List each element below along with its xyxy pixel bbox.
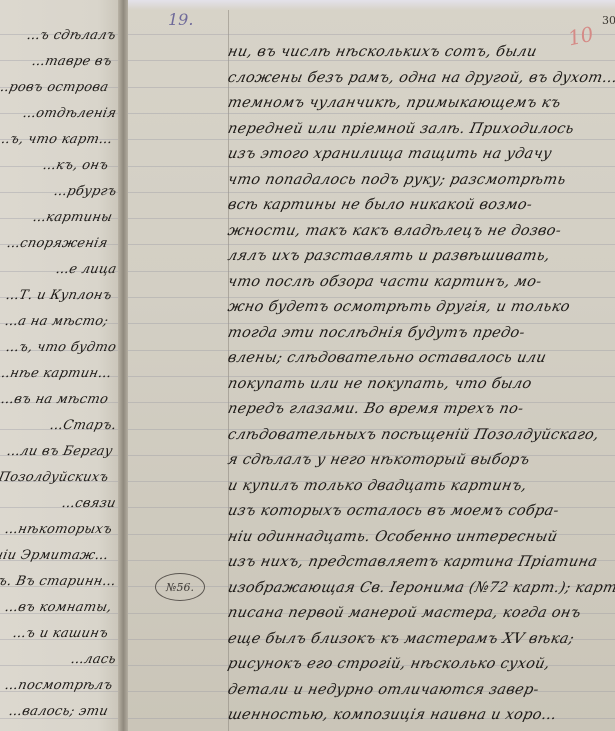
folio-number-corner: 30: [602, 14, 615, 27]
manuscript-line: покупать или не покупать, что было: [226, 376, 533, 392]
manuscript-line: всѣ картины не было никакой возмо-: [226, 197, 533, 213]
ruled-line: [128, 218, 615, 219]
right-page: 19. ни, въ числѣ нѣсколькихъ сотъ, былис…: [128, 0, 615, 731]
manuscript-line-left: …а на мѣсто;: [3, 314, 109, 329]
manuscript-line: что попадалось подъ руку; разсмотрѣть: [226, 172, 567, 188]
manuscript-line: влены; слѣдовательно оставалось или: [226, 350, 547, 366]
manuscript-line: ни, въ числѣ нѣсколькихъ сотъ, были: [226, 44, 538, 60]
manuscript-line-left: …ровъ острова: [0, 80, 110, 95]
manuscript-line-left: …ли въ Бергау: [5, 444, 114, 459]
manuscript-line: жно будетъ осмотрѣть другія, и только: [226, 299, 571, 315]
ruled-line: [128, 87, 615, 88]
manuscript-line: передъ глазами. Во время трехъ по-: [226, 401, 525, 417]
manuscript-line-left: …связи: [61, 496, 118, 511]
manuscript-line-left: …лась: [70, 652, 118, 667]
page-top-edge: [128, 0, 615, 10]
ruled-line: [128, 166, 615, 167]
manuscript-line: что послѣ обзора части картинъ, мо-: [226, 274, 543, 290]
ruled-line: [128, 271, 615, 272]
manuscript-line: темномъ чуланчикѣ, примыкающемъ къ: [226, 95, 562, 111]
ruled-line: [128, 297, 615, 298]
manuscript-line: передней или пріемной залѣ. Приходилось: [226, 121, 575, 137]
manuscript-line: я сдѣлалъ у него нѣкоторый выборъ: [226, 452, 531, 468]
manuscript-line: писана первой манерой мастера, когда онъ: [226, 605, 582, 621]
manuscript-line-left: …рбургъ: [52, 184, 118, 199]
manuscript-line: изъ которыхъ осталось въ моемъ собра-: [226, 503, 560, 519]
manuscript-line: сложены безъ рамъ, одна на другой, въ ду…: [226, 70, 615, 86]
manuscript-line-left: …въ на мѣсто: [0, 392, 110, 407]
ruled-line: [128, 113, 615, 114]
manuscript-line-left: …въ комнаты,: [4, 600, 114, 615]
ruled-line: [128, 60, 615, 61]
manuscript-line-left: …посмотрѣлъ: [3, 678, 114, 693]
manuscript-line-left: …ъ, что будто: [4, 340, 117, 355]
manuscript-line: жности, такъ какъ владѣлецъ не дозво-: [226, 223, 562, 239]
manuscript-line: и купилъ только двадцать картинъ,: [226, 478, 528, 494]
manuscript-line-left: …нѣе картин…: [0, 366, 114, 381]
manuscript-line-left: …ъ, что карт…: [0, 132, 114, 147]
ruled-line: [128, 139, 615, 140]
manuscript-line-left: …тавре въ: [31, 54, 114, 69]
ruled-line: [128, 192, 615, 193]
ruled-line: [128, 323, 615, 324]
manuscript-spread: …ъ сдѣлалъ…тавре въ…ровъ острова…отдѣлен…: [0, 0, 615, 731]
manuscript-line: лялъ ихъ разставлять и развѣшивать,: [226, 248, 551, 264]
manuscript-line-left: …споряженія: [6, 236, 110, 251]
item-number-stamp: №56.: [155, 573, 205, 601]
manuscript-line: детали и недурно отличаются завер-: [226, 682, 540, 698]
manuscript-line: изъ этого хранилища тащить на удачу: [226, 146, 553, 162]
manuscript-line-left: …е лица: [54, 262, 118, 277]
manuscript-line-left: …Старъ.: [48, 418, 117, 433]
page-number: 19.: [168, 10, 193, 29]
manuscript-line: слѣдовательныхъ посѣщеній Позолдуйскаго,: [226, 427, 600, 443]
manuscript-line: тогда эти послѣднія будутъ предо-: [226, 325, 526, 341]
manuscript-line: изображающая Св. Іеронима (№72 карт.); к…: [226, 580, 615, 596]
manuscript-line-left: …ъ и кашинъ: [11, 626, 109, 641]
manuscript-line-left: …валось; эти: [8, 704, 110, 719]
manuscript-line: изъ нихъ, представляетъ картина Пріатина: [226, 554, 599, 570]
manuscript-line-left: …ніи Эрмитаж…: [0, 548, 110, 563]
ruled-line: [128, 34, 615, 35]
manuscript-line-left: …отдѣленія: [21, 106, 117, 121]
left-page: …ъ сдѣлалъ…тавре въ…ровъ острова…отдѣлен…: [0, 0, 122, 731]
ruled-line: [128, 244, 615, 245]
manuscript-line-left: …ъ. Въ старинн…: [0, 574, 118, 589]
manuscript-line: ніи одиннадцать. Особенно интересный: [226, 529, 559, 545]
manuscript-line-left: …нѣкоторыхъ: [3, 522, 113, 537]
manuscript-line: шенностью, композиція наивна и хоро…: [226, 707, 558, 723]
manuscript-line-left: …къ, онъ: [41, 158, 109, 173]
manuscript-line-left: …въ Позолдуйскихъ: [0, 470, 110, 485]
manuscript-line-left: …ъ сдѣлалъ: [26, 28, 118, 43]
manuscript-line: еще былъ близокъ къ мастерамъ XV вѣка;: [226, 631, 575, 647]
manuscript-line: рисунокъ его строгій, нѣсколько сухой,: [226, 656, 551, 672]
manuscript-line-left: …картины: [31, 210, 113, 225]
manuscript-line-left: …Т. и Куплонъ: [5, 288, 114, 303]
